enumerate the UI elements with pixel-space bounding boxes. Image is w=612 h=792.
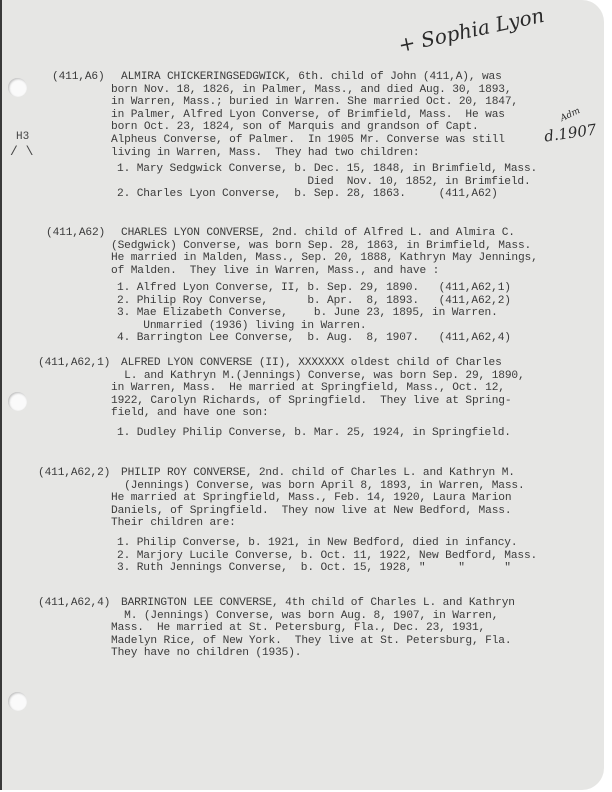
child-item: 3. Ruth Jennings Converse, b. Oct. 15, 1…	[117, 562, 511, 575]
margin-label: H3	[16, 131, 29, 143]
child-item: 1. Alfred Lyon Converse, II, b. Sep. 29,…	[117, 282, 511, 295]
entry-line: (Sedgwick) Converse, was born Sep. 28, 1…	[111, 240, 531, 253]
child-item: Unmarried (1936) living in Warren.	[117, 320, 366, 333]
entry-line: He married at Springfield, Mass., Feb. 1…	[111, 492, 511, 505]
entry-line: BARRINGTON LEE CONVERSE, 4th child of Ch…	[121, 597, 515, 610]
handwritten-note-side: d.1907	[543, 120, 598, 145]
entry-id: (411,A62,4)	[38, 597, 110, 610]
entry-line: Their children are:	[111, 517, 236, 530]
child-item: 2. Marjory Lucile Converse, b. Oct. 11, …	[117, 550, 537, 563]
entry-line: PHILIP ROY CONVERSE, 2nd. child of Charl…	[121, 467, 515, 480]
entry-line: of Malden. They live in Warren, Mass., a…	[111, 265, 439, 278]
entry-line: in Warren, Mass.; buried in Warren. She …	[111, 96, 518, 109]
child-item: 3. Mae Elizabeth Converse, b. June 23, 1…	[117, 307, 498, 320]
entry-line: living in Warren, Mass. They had two chi…	[111, 147, 420, 160]
entry-id: (411,A6)	[52, 71, 105, 84]
entry-line: 1922, Carolyn Richards, of Springfield. …	[111, 395, 511, 408]
entry-line: L. and Kathryn M.(Jennings) Converse, wa…	[111, 370, 525, 383]
entry-line: born Oct. 23, 1824, son of Marquis and g…	[111, 121, 479, 134]
entry-line: in Warren, Mass. He married at Springfie…	[111, 382, 505, 395]
binder-hole	[8, 392, 27, 411]
child-item: 1. Philip Converse, b. 1921, in New Bedf…	[117, 537, 517, 550]
entry-line: ALFRED LYON CONVERSE (II), XXXXXXX oldes…	[121, 357, 502, 370]
child-item: 4. Barrington Lee Converse, b. Aug. 8, 1…	[117, 332, 511, 345]
handwritten-note-small: Adm	[559, 106, 582, 124]
entry-line: M. (Jennings) Converse, was born Aug. 8,…	[111, 610, 498, 623]
entry-line: (Jennings) Converse, was born April 8, 1…	[111, 480, 525, 493]
handwritten-note-top: + Sophia Lyon	[396, 3, 546, 57]
entry-line: in Palmer, Alfred Lyon Converse, of Brim…	[111, 109, 505, 122]
entry-line: born Nov. 18, 1826, in Palmer, Mass., an…	[111, 84, 511, 97]
binder-hole	[8, 692, 27, 711]
entry-id: (411,A62,1)	[38, 357, 110, 370]
child-item: 1. Mary Sedgwick Converse, b. Dec. 15, 1…	[117, 163, 537, 176]
entry-line: Alpheus Converse, of Palmer. In 1905 Mr.…	[111, 134, 505, 147]
entry-line: Madelyn Rice, of New York. They live at …	[111, 635, 511, 648]
typed-genealogy-page: + Sophia Lyon d.1907 Adm H3 / \ (411,A6)…	[0, 0, 604, 790]
entry-line: Mass. He married at St. Petersburg, Fla.…	[111, 622, 485, 635]
entry-line: They have no children (1935).	[111, 647, 301, 660]
child-item: 2. Charles Lyon Converse, b. Sep. 28, 18…	[117, 188, 498, 201]
entry-line: CHARLES LYON CONVERSE, 2nd. child of Alf…	[121, 227, 515, 240]
entry-line: Daniels, of Springfield. They now live a…	[111, 505, 511, 518]
child-item: Died Nov. 10, 1852, in Brimfield.	[117, 176, 531, 189]
child-item: 2. Philip Roy Converse, b. Apr. 8, 1893.…	[117, 295, 511, 308]
margin-mark-icon: / \	[10, 144, 33, 159]
child-item: 1. Dudley Philip Converse, b. Mar. 25, 1…	[117, 427, 511, 440]
entry-line: ALMIRA CHICKERINGSEDGWICK, 6th. child of…	[121, 71, 502, 84]
entry-id: (411,A62,2)	[38, 467, 110, 480]
entry-id: (411,A62)	[46, 227, 105, 240]
binder-hole	[8, 78, 27, 97]
entry-line: He married in Malden, Mass., Sep. 20, 18…	[111, 252, 538, 265]
entry-line: field, and have one son:	[111, 407, 269, 420]
